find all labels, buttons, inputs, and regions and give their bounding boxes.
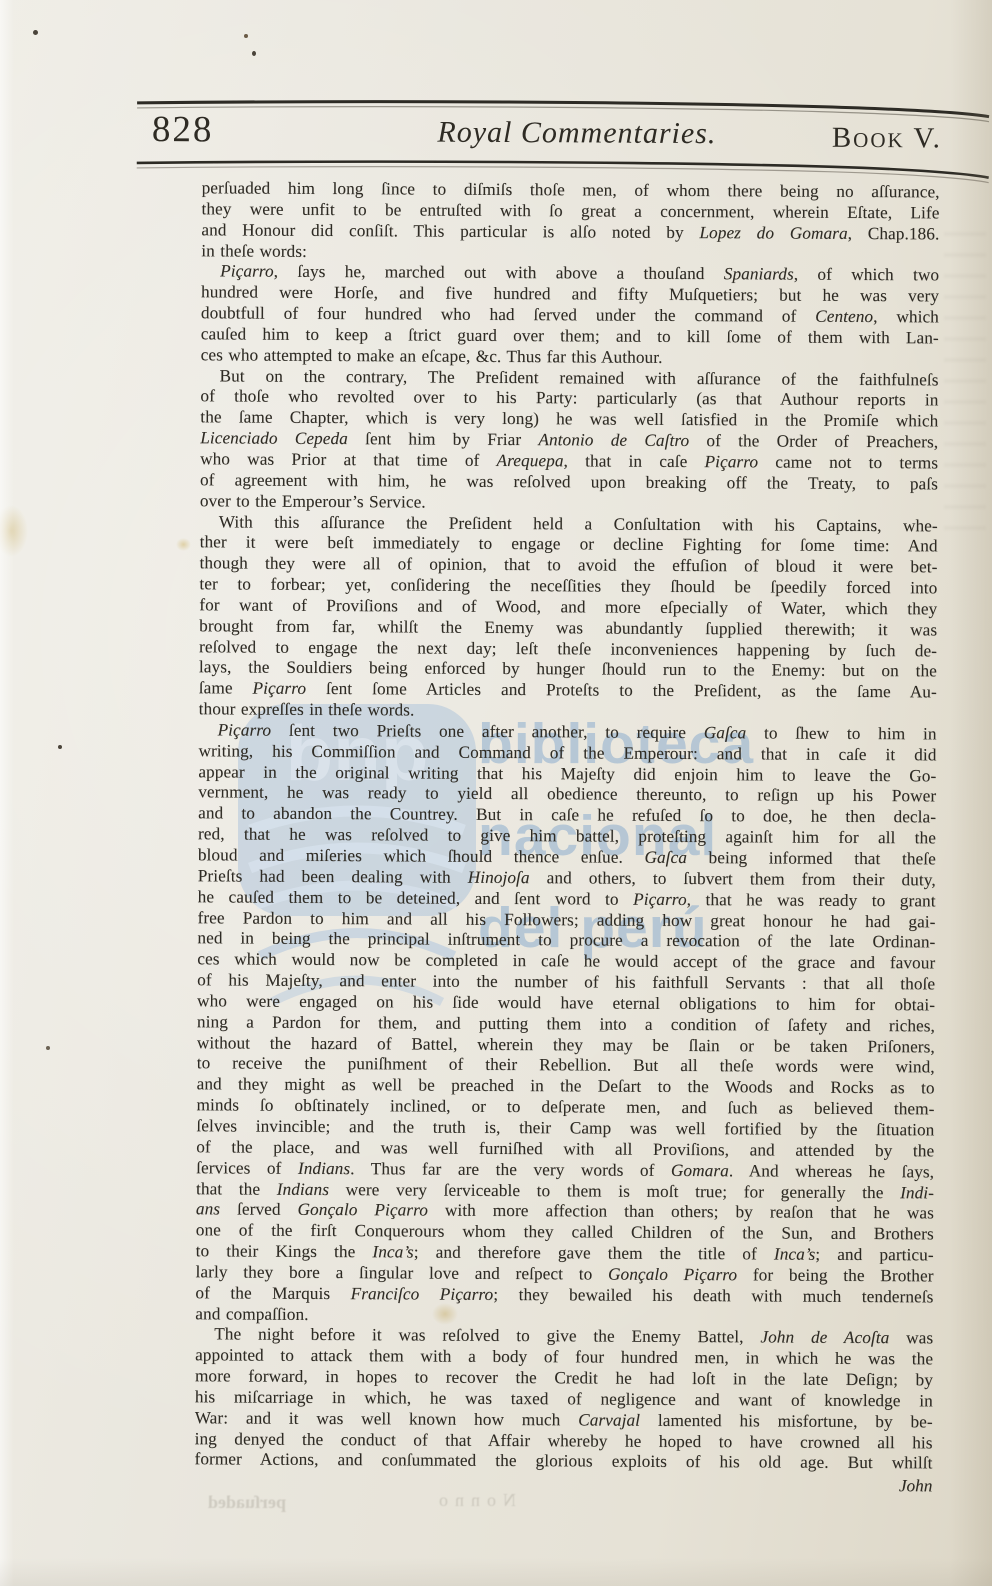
body-text-segment: appear in the original writing that his … xyxy=(198,762,936,785)
italic-text: Centeno xyxy=(815,307,873,326)
body-text-segment: ter to forbear; yet, conſidering the nec… xyxy=(199,574,937,597)
body-text-segment: ces who attempted to make an eſcape, &c.… xyxy=(201,345,663,367)
body-text-segment: , Chap.186. xyxy=(848,224,940,244)
italic-text: Gonçalo Piçarro xyxy=(298,1200,428,1220)
text-line: and Honour did conſiſt. This particular … xyxy=(201,220,939,245)
body-text-segment: though they were all of opinion, that to… xyxy=(199,553,937,576)
body-text-segment: and compaſſion. xyxy=(195,1304,308,1324)
body-text-segment: were very ſerviceable to them is moſt tr… xyxy=(329,1180,900,1202)
body-text-segment: ; and particu- xyxy=(815,1245,933,1265)
body-text-segment: one of the firſt Conquerours whom they c… xyxy=(196,1220,934,1243)
body-text: perſuaded him long ſince to diſmiſs thoſ… xyxy=(194,178,939,1474)
body-text-segment: ſent two Prieſts one after another, to r… xyxy=(271,721,704,742)
body-text-segment: and they might as well be preached in th… xyxy=(197,1075,935,1098)
body-text-segment: more forward, in hopes to recover the Cr… xyxy=(195,1366,933,1389)
body-text-segment: cauſed him to keep a ſtrict guard over t… xyxy=(201,324,939,347)
book-label-number: V. xyxy=(905,122,942,154)
body-text-segment: , ſays he, marched out with above a thou… xyxy=(274,262,724,284)
italic-text: Inca’s xyxy=(774,1245,815,1264)
body-text-segment: the ſame Chapter, which is very long) he… xyxy=(200,408,938,431)
italic-text: Spaniards xyxy=(724,265,794,284)
body-text-segment: red, that he was reſolved to give him ba… xyxy=(198,824,936,847)
body-text-segment: who was Prior at that time of xyxy=(200,449,497,470)
body-text-segment: ned in being the principal inſtrument to… xyxy=(197,929,935,952)
body-text-segment: of thoſe who revolted over to his Party:… xyxy=(200,387,938,410)
body-text-segment: of the Order of Preachers, xyxy=(689,431,938,451)
body-text-segment: who were engaged on his ſide would have … xyxy=(197,991,935,1014)
body-text-segment: ther it were beſt immediately to engage … xyxy=(200,533,938,556)
body-text-segment: ſent him by Friar xyxy=(348,429,539,449)
body-text-segment: . Thus far are the very words of xyxy=(350,1159,671,1180)
body-text-segment: without the hazard of Battel, wherein th… xyxy=(197,1033,935,1056)
body-text-segment: ſelves invincible; and the truth is, the… xyxy=(196,1116,934,1139)
body-text-segment: came not to terms xyxy=(758,452,938,472)
catchword: John xyxy=(194,1472,932,1497)
italic-text: Indians xyxy=(298,1158,350,1177)
body-text-segment: of agreement with him, he was reſolved u… xyxy=(200,470,938,493)
body-text-segment: lamented his misfortune, by be- xyxy=(640,1411,933,1432)
body-text-segment: minds ſo obſtinately inclined, or to deſ… xyxy=(196,1095,934,1118)
body-text-segment: thour expreſſes in theſe words. xyxy=(199,699,415,719)
body-text-segment: ing denyed the conduct of that Affair wh… xyxy=(195,1429,933,1452)
italic-text: Inca’s xyxy=(372,1242,413,1261)
italic-text: Indians xyxy=(277,1179,329,1198)
italic-text: Piçarro xyxy=(705,452,759,471)
italic-text: Arequepa xyxy=(497,451,564,470)
body-text-segment: larly they bore a ſingular love and reſp… xyxy=(196,1262,609,1283)
italic-text: Piçarro xyxy=(253,679,307,698)
body-text-segment: ning a Pardon for them, and putting them… xyxy=(197,1012,935,1035)
body-text-segment: , that he was ready to grant xyxy=(687,890,936,910)
body-text-segment: they were unfit to be entruſted with ſo … xyxy=(201,199,939,222)
body-text-segment: that the xyxy=(196,1179,277,1198)
italic-text: Piçarro xyxy=(633,889,687,908)
italic-text: Lopez do Gomara xyxy=(699,223,847,243)
body-text-segment: free Pardon to him and all his Followers… xyxy=(197,908,935,931)
body-text-segment: The night before it was reſolved to give… xyxy=(214,1325,760,1347)
body-text-segment: vernment, he was ready to yield all obed… xyxy=(198,783,936,806)
body-text-segment: brought from far, whilſt the Enemy was a… xyxy=(199,616,937,639)
body-text-segment: doubtfull of four hundred who had ſerved… xyxy=(201,303,815,325)
page-number: 828 xyxy=(152,108,214,151)
body-text-segment: appointed to attack them with a body of … xyxy=(195,1346,933,1369)
body-text-segment: writing, his Commiſſion and Command of t… xyxy=(198,741,936,764)
italic-text: Piçarro xyxy=(220,262,274,281)
running-title: Royal Commentaries. xyxy=(327,115,827,152)
book-label-smallcaps: ook xyxy=(853,128,905,152)
italic-text: Piçarro xyxy=(218,720,272,739)
body-text-segment: with more affection than others; by reaſ… xyxy=(428,1201,934,1223)
body-text-segment: being informed that theſe xyxy=(687,848,936,868)
italic-text: Gonçalo Piçarro xyxy=(608,1264,737,1284)
body-text-segment: to their Kings the xyxy=(196,1241,373,1261)
body-text-segment: ſerved xyxy=(220,1200,298,1219)
italic-text: Licenciado Cepeda xyxy=(200,428,348,448)
body-text-segment: lays, the Souldiers being enforced by hu… xyxy=(199,658,937,681)
italic-text: John de Acoſta xyxy=(760,1328,889,1348)
body-text-segment: to receive the puniſhment of their Rebel… xyxy=(197,1054,935,1077)
body-text-segment: , that in caſe xyxy=(564,451,705,471)
body-text-segment: ; and therefore gave them the title of xyxy=(414,1243,774,1264)
body-text-segment: ſervices of xyxy=(196,1158,298,1178)
printed-content: 828 Royal Commentaries. Book V. perſuade… xyxy=(0,0,992,1586)
body-text-segment: ces which would now be completed in caſe… xyxy=(197,949,935,972)
book-label: Book V. xyxy=(832,122,942,156)
body-text-segment: of his Majeſty, and enter into the numbe… xyxy=(197,970,935,993)
body-text-segment: perſuaded him long ſince to diſmiſs thoſ… xyxy=(202,178,940,201)
body-text-segment: ſame xyxy=(199,679,253,698)
body-text-segment: in theſe words: xyxy=(201,241,307,261)
italic-text: Indi- xyxy=(900,1183,934,1202)
italic-text: Franciſco Piçarro xyxy=(351,1284,494,1304)
italic-text: Gomara xyxy=(671,1161,729,1180)
body-text-segment: hundred were Horſe, and five hundred and… xyxy=(201,283,939,306)
body-text-segment: former Actions, and conſummated the glor… xyxy=(194,1450,932,1473)
body-text-segment: ; they bewailed his death with much tend… xyxy=(493,1285,933,1306)
body-text-segment: and to abandon the Countrey. But in caſe… xyxy=(198,804,936,827)
book-label-initial: B xyxy=(832,122,854,154)
body-text-segment: was xyxy=(889,1329,933,1348)
italic-text: Gaſca xyxy=(644,848,687,867)
body-text-segment: over to the Emperour’s Service. xyxy=(200,491,426,511)
body-text-segment: Prieſts had been dealing with xyxy=(198,866,468,887)
body-text-segment: his miſcarriage in which, he was taxed o… xyxy=(195,1387,933,1410)
body-text-segment: War: and it was well known how much xyxy=(195,1408,579,1429)
body-text-segment: of the place, and was well furniſhed wit… xyxy=(196,1137,934,1160)
body-text-segment: and others, to ſubvert them from their d… xyxy=(530,868,936,889)
body-text-segment: to ſhew to him in xyxy=(746,723,936,743)
body-text-segment: But on the contrary, The Preſident remai… xyxy=(220,366,939,389)
body-text-segment: ſent ſome Articles and Proteſts to the P… xyxy=(306,679,937,702)
italic-text: Gaſca xyxy=(704,723,747,742)
body-text-segment: reſolved to engage the next day; leſt th… xyxy=(199,637,937,660)
body-text-segment: . And whereas he ſays, xyxy=(729,1161,934,1181)
body-text-segment: for want of Proviſions and of Wood, and … xyxy=(199,595,937,618)
body-text-segment: With this aſſurance the Preſident held a… xyxy=(219,512,938,535)
body-text-segment: , of which two xyxy=(794,265,939,285)
italic-text: ans xyxy=(196,1200,220,1219)
italic-text: Antonio de Caſtro xyxy=(538,430,689,450)
italic-text: Hinojoſa xyxy=(468,868,530,887)
text-line: former Actions, and conſummated the glor… xyxy=(194,1450,932,1475)
italic-text: Carvajal xyxy=(578,1410,640,1429)
book-page: bnp biblioteca nacional del perú perſuad… xyxy=(0,0,992,1586)
body-text-segment: he cauſed them to be deteined, and ſent … xyxy=(198,887,634,908)
body-text-segment: and Honour did conſiſt. This particular … xyxy=(201,220,699,242)
body-text-segment: for being the Brother xyxy=(737,1265,933,1285)
body-text-segment: , which xyxy=(873,307,939,326)
body-text-segment: of the Marquis xyxy=(195,1283,350,1303)
body-text-segment: bloud and miſeries which ſhould thence e… xyxy=(198,845,645,866)
